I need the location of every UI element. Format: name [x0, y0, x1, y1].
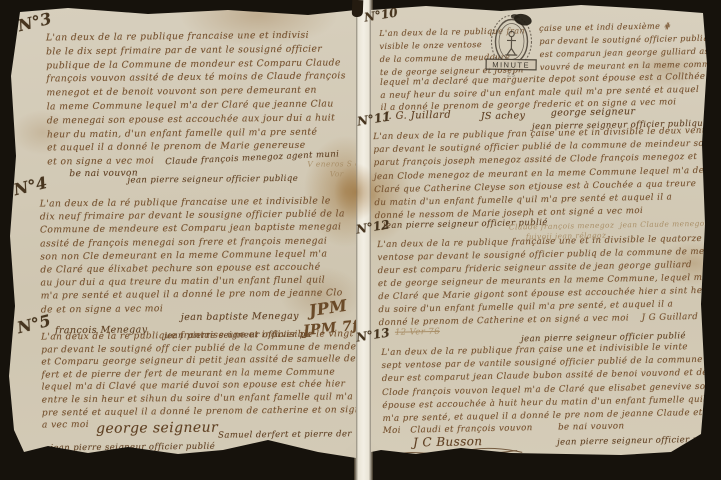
entry-12-text: L'an deux de la re publique française un… — [377, 233, 713, 330]
entry-10-text-right-of-stamp: çaise une et indi deuxième ⋕ par devant … — [539, 18, 721, 73]
entry-4-text: L'an deux de la ré publique francaise un… — [40, 194, 346, 316]
stamp-banner-text: MINUTE — [492, 60, 530, 70]
scanned-register-spread: N°3 L'an deux de la re publique francais… — [0, 0, 721, 480]
margin-note-13: 12 Ver 76 — [395, 327, 440, 338]
signature-declarant-10: J. G. Juillard — [385, 110, 452, 122]
book-gutter — [354, 0, 373, 480]
binding-notch — [352, 0, 364, 17]
entry-3-text: L'an deux de la re publique francaise un… — [46, 28, 347, 169]
signature-witness1-10: JS achey — [481, 110, 526, 122]
signature-declarant-5: george seigneur — [96, 420, 218, 437]
signature-declarant-4: jean baptiste Menegay — [181, 311, 299, 323]
left-page: N°3 L'an deux de la re publique francais… — [8, 6, 356, 458]
entry-13-text: L'an deux de la re publique fran çaise u… — [381, 340, 721, 427]
signature-witnesses-5: Samuel derfert et pierre der — [218, 429, 352, 440]
left-page-content: N°3 L'an deux de la re publique francais… — [6, 4, 359, 460]
paraph-flourish — [395, 445, 525, 459]
signature-witness2-10: george seigneur — [551, 106, 636, 119]
stamp-value-text: 2.S — [507, 72, 515, 78]
right-page-content: L'an deux de la re publique fran visible… — [367, 1, 712, 462]
minute-revenue-stamp: MINUTE 2.S — [485, 12, 538, 79]
paper-stain — [334, 163, 378, 221]
signature-officer-5: jean pierre seigneur officier publié — [50, 442, 215, 454]
signature-officer-3: jean pierre seigneur officier publiqe — [127, 174, 298, 186]
entry-11-text: L'an deux de la re publique fran çaise u… — [373, 124, 721, 223]
entry-5-text: L'an deux de la re publique frantaise un… — [41, 328, 398, 432]
entry-number-4: N°4 — [12, 173, 49, 199]
signature-officer-13: jean pierre seigneur officier publique — [557, 434, 721, 447]
right-page: L'an deux de la re publique fran visible… — [371, 4, 707, 459]
